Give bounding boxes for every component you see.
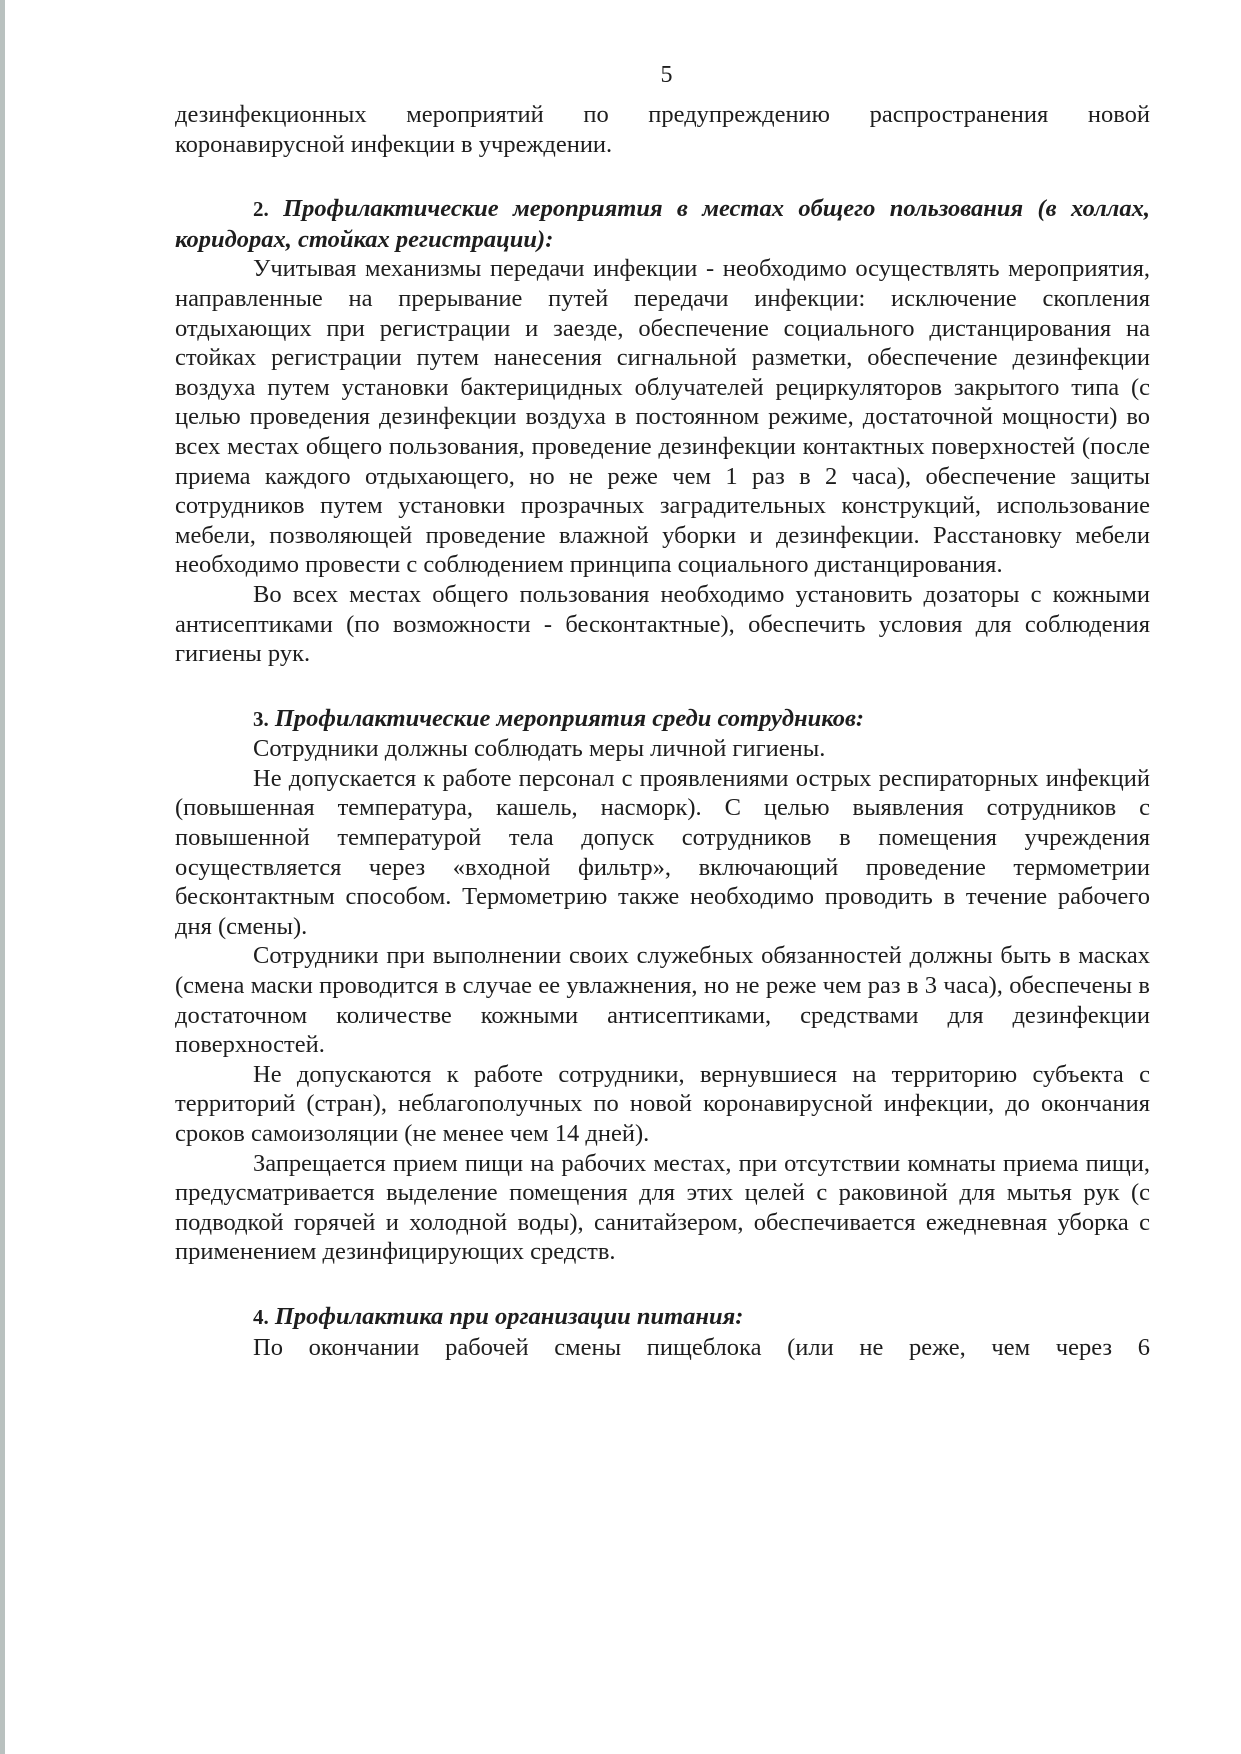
document-page: 5 дезинфекционных мероприятий по предупр… bbox=[175, 60, 1150, 1362]
section-4: 4. Профилактика при организации питания:… bbox=[175, 1302, 1150, 1362]
section-2-number: 2. bbox=[253, 197, 269, 221]
section-gap bbox=[175, 669, 1150, 704]
section-3-title: Профилактические мероприятия среди сотру… bbox=[275, 705, 864, 732]
scan-border bbox=[0, 0, 5, 1754]
section-gap bbox=[175, 159, 1150, 194]
section-3-paragraph-3: Сотрудники при выполнении своих служебны… bbox=[175, 941, 1150, 1059]
section-2-title: Профилактические мероприятия в местах об… bbox=[175, 195, 1150, 253]
section-gap bbox=[175, 1267, 1150, 1302]
section-3: 3. Профилактические мероприятия среди со… bbox=[175, 704, 1150, 1267]
section-3-paragraph-1: Сотрудники должны соблюдать меры личной … bbox=[175, 734, 1150, 764]
section-3-paragraph-2: Не допускается к работе персонал с прояв… bbox=[175, 764, 1150, 942]
section-3-paragraph-4: Не допускаются к работе сотрудники, верн… bbox=[175, 1060, 1150, 1149]
section-2-paragraph-1: Учитывая механизмы передачи инфекции - н… bbox=[175, 254, 1150, 580]
section-3-paragraph-5: Запрещается прием пищи на рабочих местах… bbox=[175, 1149, 1150, 1267]
section-2: 2. Профилактические мероприятия в местах… bbox=[175, 194, 1150, 669]
section-2-paragraph-2: Во всех местах общего пользования необхо… bbox=[175, 580, 1150, 669]
section-4-heading: 4. Профилактика при организации питания: bbox=[175, 1302, 1150, 1333]
section-4-number: 4. bbox=[253, 1305, 269, 1329]
section-2-heading: 2. Профилактические мероприятия в местах… bbox=[175, 194, 1150, 254]
section-4-paragraph-1: По окончании рабочей смены пищеблока (ил… bbox=[175, 1333, 1150, 1363]
section-3-heading: 3. Профилактические мероприятия среди со… bbox=[175, 704, 1150, 735]
page-number: 5 bbox=[175, 60, 1150, 96]
section-3-number: 3. bbox=[253, 707, 269, 731]
section-4-title: Профилактика при организации питания: bbox=[275, 1303, 744, 1330]
intro-continuation-paragraph: дезинфекционных мероприятий по предупреж… bbox=[175, 100, 1150, 159]
